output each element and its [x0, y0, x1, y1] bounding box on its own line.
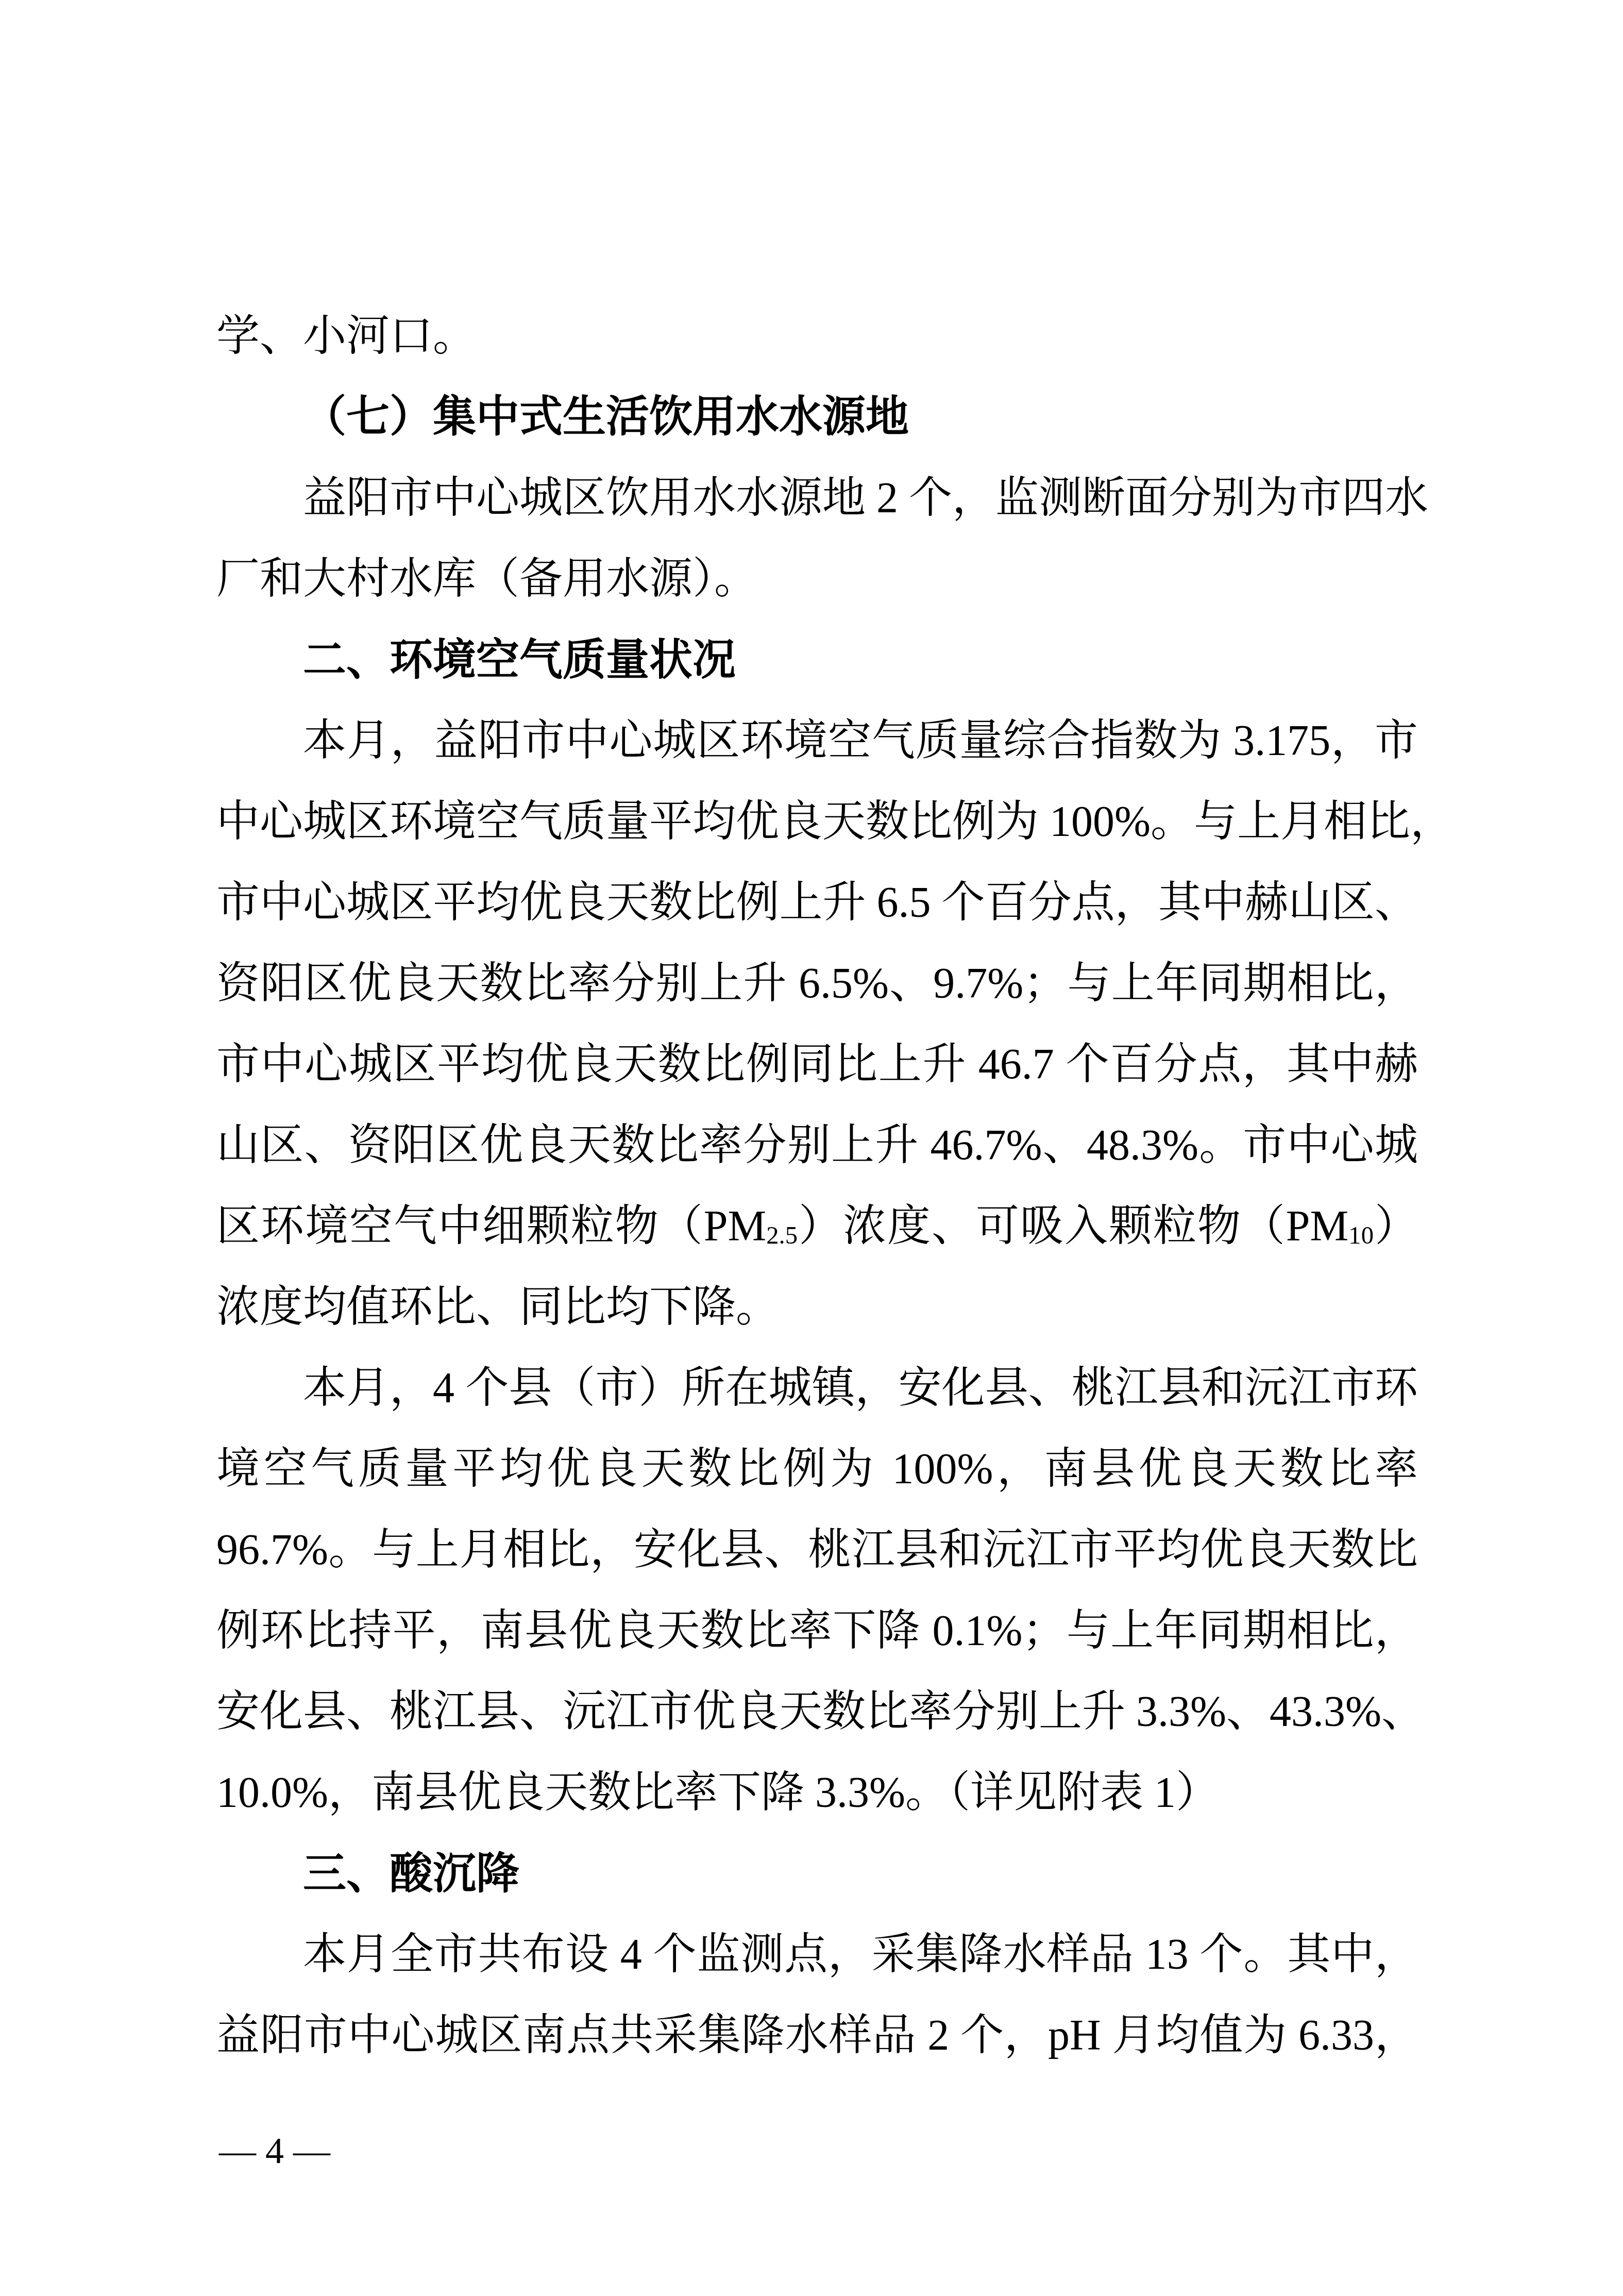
body-text-line: 学、小河口。: [216, 296, 1418, 377]
body-text-line: 安化县、桃江县、沅江市优良天数比率分别上升 3.3%、43.3%、: [216, 1671, 1418, 1752]
text-run: 山区、资阳区优良天数比率分别上升 46.7%、48.3%。市中心城: [216, 1121, 1418, 1169]
subsection-heading-line: （七）集中式生活饮用水水源地: [216, 377, 1418, 458]
body-text-line: 益阳市中心城区饮用水水源地 2 个，监测断面分别为市四水: [216, 458, 1418, 539]
text-run: （七）集中式生活饮用水水源地: [303, 393, 909, 441]
document-page: 学、小河口。（七）集中式生活饮用水水源地益阳市中心城区饮用水水源地 2 个，监测…: [0, 0, 1623, 2296]
body-text-line: 厂和大村水库（备用水源）。: [216, 539, 1418, 619]
text-run: 例环比持平，南县优良天数比率下降 0.1%；与上年同期相比，: [216, 1607, 1418, 1655]
text-run: 浓度均值环比、同比均下降。: [216, 1283, 779, 1331]
text-run: 益阳市中心城区饮用水水源地 2 个，监测断面分别为市四水: [303, 474, 1428, 522]
body-text-line: 本月，益阳市中心城区环境空气质量综合指数为 3.175，市: [216, 700, 1418, 781]
body-text-line: 境空气质量平均优良天数比例为 100%，南县优良天数比率: [216, 1429, 1418, 1510]
body-text-line: 市中心城区平均优良天数比例上升 6.5 个百分点，其中赫山区、: [216, 862, 1418, 943]
subscript-text-run: 2.5: [766, 1221, 798, 1249]
text-run: 二、环境空气质量状况: [303, 635, 736, 684]
text-run: 本月全市共布设 4 个监测点，采集降水样品 13 个。其中，: [303, 1931, 1418, 1979]
text-run: 96.7%。与上月相比，安化县、桃江县和沅江市平均优良天数比: [216, 1526, 1418, 1574]
body-text-line: 96.7%。与上月相比，安化县、桃江县和沅江市平均优良天数比: [216, 1510, 1418, 1590]
text-run: 益阳市中心城区南点共采集降水样品 2 个，pH 月均值为 6.33，: [216, 2012, 1418, 2059]
document-content: 学、小河口。（七）集中式生活饮用水水源地益阳市中心城区饮用水水源地 2 个，监测…: [216, 296, 1418, 2076]
text-run: 安化县、桃江县、沅江市优良天数比率分别上升 3.3%、43.3%、: [216, 1688, 1425, 1736]
text-run: 中心城区环境空气质量平均优良天数比例为 100%。与上月相比，: [216, 798, 1453, 846]
text-run: 区环境空气中细颗粒物（PM: [216, 1202, 766, 1250]
body-text-line: 区环境空气中细颗粒物（PM2.5）浓度、可吸入颗粒物（PM10）: [216, 1186, 1418, 1267]
text-run: 10.0%，南县优良天数比率下降 3.3%。（详见附表 1）: [216, 1769, 1219, 1817]
body-text-line: 中心城区环境空气质量平均优良天数比例为 100%。与上月相比，: [216, 781, 1418, 862]
body-text-line: 10.0%，南县优良天数比率下降 3.3%。（详见附表 1）: [216, 1752, 1418, 1833]
text-run: 市中心城区平均优良天数比例同比上升 46.7 个百分点，其中赫: [216, 1041, 1418, 1088]
text-run: ）浓度、可吸入颗粒物（PM: [798, 1202, 1348, 1250]
body-text-line: 本月全市共布设 4 个监测点，采集降水样品 13 个。其中，: [216, 1914, 1418, 1995]
text-run: 本月，4 个县（市）所在城镇，安化县、桃江县和沅江市环: [303, 1364, 1418, 1412]
text-run: ）: [1374, 1202, 1418, 1250]
body-text-line: 本月，4 个县（市）所在城镇，安化县、桃江县和沅江市环: [216, 1348, 1418, 1429]
body-text-line: 资阳区优良天数比率分别上升 6.5%、9.7%；与上年同期相比，: [216, 943, 1418, 1024]
body-text-line: 例环比持平，南县优良天数比率下降 0.1%；与上年同期相比，: [216, 1590, 1418, 1671]
page-number: — 4 —: [219, 2122, 330, 2179]
text-run: 学、小河口。: [216, 312, 476, 360]
section-heading-line: 三、酸沉降: [216, 1833, 1418, 1914]
text-run: 三、酸沉降: [303, 1849, 519, 1898]
text-run: 厂和大村水库（备用水源）。: [216, 555, 757, 603]
body-text-line: 益阳市中心城区南点共采集降水样品 2 个，pH 月均值为 6.33，: [216, 1995, 1418, 2076]
text-run: 境空气质量平均优良天数比例为 100%，南县优良天数比率: [216, 1445, 1418, 1493]
body-text-line: 山区、资阳区优良天数比率分别上升 46.7%、48.3%。市中心城: [216, 1105, 1418, 1186]
text-run: 本月，益阳市中心城区环境空气质量综合指数为 3.175，市: [303, 717, 1418, 765]
text-run: 市中心城区平均优良天数比例上升 6.5 个百分点，其中赫山区、: [216, 879, 1418, 927]
subscript-text-run: 10: [1348, 1221, 1374, 1249]
body-text-line: 市中心城区平均优良天数比例同比上升 46.7 个百分点，其中赫: [216, 1024, 1418, 1105]
body-text-line: 浓度均值环比、同比均下降。: [216, 1267, 1418, 1348]
text-run: 资阳区优良天数比率分别上升 6.5%、9.7%；与上年同期相比，: [216, 960, 1418, 1008]
section-heading-line: 二、环境空气质量状况: [216, 619, 1418, 700]
